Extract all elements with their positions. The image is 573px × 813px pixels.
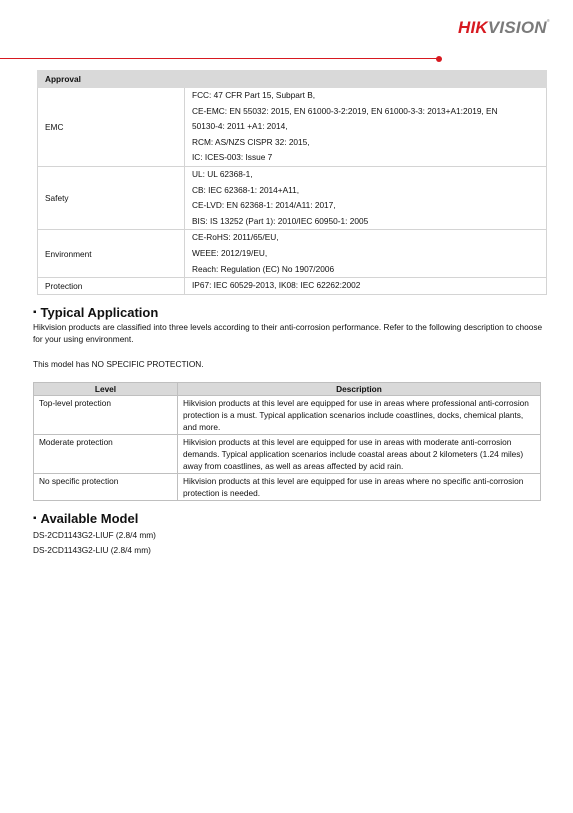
section-title-typical-application: ▪Typical Application xyxy=(33,305,158,320)
description-cell: Hikvision products at this level are equ… xyxy=(178,435,541,474)
intro-paragraph: Hikvision products are classified into t… xyxy=(33,321,543,345)
logo-red-text: HIK xyxy=(458,18,488,37)
value-line: CE-RoHS: 2011/65/EU, xyxy=(192,230,539,246)
value-line: BIS: IS 13252 (Part 1): 2010/IEC 60950-1… xyxy=(192,214,539,230)
hikvision-logo: HIKVISION® xyxy=(458,18,550,38)
row-label: Safety xyxy=(38,166,185,229)
model-list: DS-2CD1143G2-LIUF (2.8/4 mm) DS-2CD1143G… xyxy=(33,528,156,558)
section-title-available-model: ▪Available Model xyxy=(33,511,138,526)
row-values: IP67: IEC 60529-2013, IK08: IEC 62262:20… xyxy=(185,278,547,295)
table-row: EMC FCC: 47 CFR Part 15, Subpart B, CE-E… xyxy=(38,88,547,167)
table-row: No specific protection Hikvision product… xyxy=(34,474,541,501)
bullet-icon: ▪ xyxy=(33,307,37,318)
section-title-text: Available Model xyxy=(41,511,139,526)
table-row: Protection IP67: IEC 60529-2013, IK08: I… xyxy=(38,278,547,295)
row-values: FCC: 47 CFR Part 15, Subpart B, CE-EMC: … xyxy=(185,88,547,167)
description-cell: Hikvision products at this level are equ… xyxy=(178,474,541,501)
table-row: Environment CE-RoHS: 2011/65/EU, WEEE: 2… xyxy=(38,230,547,278)
value-line: UL: UL 62368-1, xyxy=(192,167,539,183)
row-label: Protection xyxy=(38,278,185,295)
header-divider xyxy=(0,58,437,59)
column-header-description: Description xyxy=(178,383,541,396)
value-line: CB: IEC 62368-1: 2014+A11, xyxy=(192,183,539,199)
model-item: DS-2CD1143G2-LIU (2.8/4 mm) xyxy=(33,543,156,558)
row-label: EMC xyxy=(38,88,185,167)
bullet-icon: ▪ xyxy=(33,513,37,524)
value-line: Reach: Regulation (EC) No 1907/2006 xyxy=(192,262,539,278)
section-title-text: Typical Application xyxy=(41,305,159,320)
table-row: Top-level protection Hikvision products … xyxy=(34,396,541,435)
value-line: WEEE: 2012/19/EU, xyxy=(192,246,539,262)
level-cell: Moderate protection xyxy=(34,435,178,474)
column-header-level: Level xyxy=(34,383,178,396)
table-row: Moderate protection Hikvision products a… xyxy=(34,435,541,474)
row-values: CE-RoHS: 2011/65/EU, WEEE: 2012/19/EU, R… xyxy=(185,230,547,278)
table-row: Safety UL: UL 62368-1, CB: IEC 62368-1: … xyxy=(38,166,547,229)
value-line: IP67: IEC 60529-2013, IK08: IEC 62262:20… xyxy=(192,278,539,294)
header-divider-dot xyxy=(436,56,442,62)
value-line: FCC: 47 CFR Part 15, Subpart B, xyxy=(192,88,539,104)
protection-levels-table: Level Description Top-level protection H… xyxy=(33,382,541,501)
value-line: CE-LVD: EN 62368-1: 2014/A11: 2017, xyxy=(192,198,539,214)
level-cell: Top-level protection xyxy=(34,396,178,435)
value-line: 50130-4: 2011 +A1: 2014, xyxy=(192,119,539,135)
logo-gray-text: VISION xyxy=(488,18,547,37)
value-line: RCM: AS/NZS CISPR 32: 2015, xyxy=(192,135,539,151)
model-protection-note: This model has NO SPECIFIC PROTECTION. xyxy=(33,358,543,370)
model-item: DS-2CD1143G2-LIUF (2.8/4 mm) xyxy=(33,528,156,543)
value-line: CE-EMC: EN 55032: 2015, EN 61000-3-2:201… xyxy=(192,104,539,120)
level-cell: No specific protection xyxy=(34,474,178,501)
value-line: IC: ICES-003: Issue 7 xyxy=(192,150,539,166)
registered-mark: ® xyxy=(547,18,550,23)
approval-title: Approval xyxy=(38,71,547,88)
row-label: Environment xyxy=(38,230,185,278)
row-values: UL: UL 62368-1, CB: IEC 62368-1: 2014+A1… xyxy=(185,166,547,229)
description-cell: Hikvision products at this level are equ… xyxy=(178,396,541,435)
approval-table: Approval EMC FCC: 47 CFR Part 15, Subpar… xyxy=(37,70,547,295)
